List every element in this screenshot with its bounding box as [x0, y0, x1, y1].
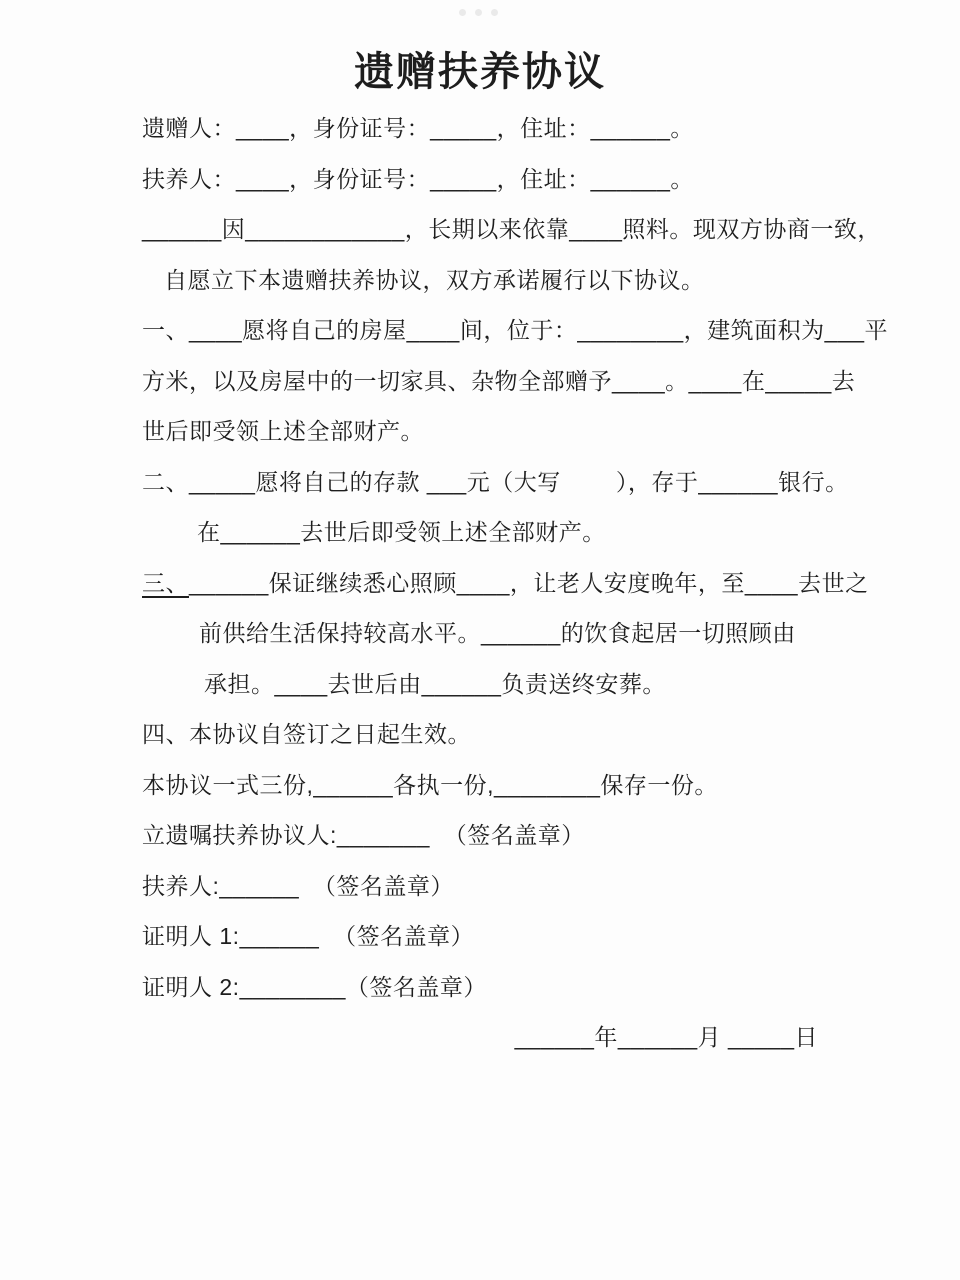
- text-run: 一、____愿将自己的房屋____间，位于：________，建筑面积为___平: [142, 317, 888, 343]
- text-run: 证明人 1:______ （签名盖章）: [142, 923, 474, 949]
- text-run: 扶养人:______ （签名盖章）: [142, 873, 454, 899]
- text-run: 二、_____愿将自己的存款 ___元（大写 ），存于______银行。: [142, 469, 849, 495]
- document-line: 前供给生活保持较高水平。______的饮食起居一切照顾由: [142, 608, 818, 659]
- text-run: 遗赠人：____，身份证号：_____，住址：______。: [142, 115, 694, 141]
- text-run: 四、本协议自签订之日起生效。: [142, 721, 471, 747]
- text-run: 方米，以及房屋中的一切家具、杂物全部赠予____。____在_____去: [142, 368, 855, 394]
- document-line: ______年______月 _____日: [142, 1012, 818, 1063]
- document-line: 二、_____愿将自己的存款 ___元（大写 ），存于______银行。: [142, 457, 818, 508]
- dot-icon: [491, 9, 498, 16]
- text-run: ______年______月 _____日: [515, 1024, 818, 1050]
- document-body: 遗赠人：____，身份证号：_____，住址：______。扶养人：____，身…: [0, 100, 960, 1063]
- text-run: 前供给生活保持较高水平。______的饮食起居一切照顾由: [199, 620, 796, 646]
- document-line: ______因____________，长期以来依靠____照料。现双方协商一致…: [142, 204, 818, 255]
- document-line: 扶养人:______ （签名盖章）: [142, 861, 818, 912]
- text-run: 承担。____去世后由______负责送终安葬。: [204, 671, 666, 697]
- dot-icon: [459, 9, 466, 16]
- document-line: 在______去世后即受领上述全部财产。: [142, 507, 818, 558]
- document-line: 方米，以及房屋中的一切家具、杂物全部赠予____。____在_____去: [142, 356, 818, 407]
- text-run: ______保证继续悉心照顾____，让老人安度晚年，至____去世之: [189, 570, 869, 596]
- text-run: 世后即受领上述全部财产。: [142, 418, 424, 444]
- document-line: 一、____愿将自己的房屋____间，位于：________，建筑面积为___平: [142, 305, 818, 356]
- top-dots-decoration: [459, 9, 498, 16]
- document-line: 自愿立下本遗赠扶养协议，双方承诺履行以下协议。: [142, 255, 818, 306]
- document-line: 三、______保证继续悉心照顾____，让老人安度晚年，至____去世之: [142, 558, 818, 609]
- text-run: 本协议一式三份,______各执一份,________保存一份。: [142, 772, 718, 798]
- document-page: 遗赠扶养协议 遗赠人：____，身份证号：_____，住址：______。扶养人…: [0, 0, 960, 1280]
- text-run: ______因____________，长期以来依靠____照料。现双方协商一致…: [142, 216, 881, 242]
- dot-icon: [475, 9, 482, 16]
- text-run: 自愿立下本遗赠扶养协议，双方承诺履行以下协议。: [164, 267, 705, 293]
- document-line: 证明人 2:________（签名盖章）: [142, 962, 818, 1013]
- document-line: 承担。____去世后由______负责送终安葬。: [142, 659, 818, 710]
- document-line: 世后即受领上述全部财产。: [142, 406, 818, 457]
- text-run: 立遗嘱扶养协议人:_______ （签名盖章）: [142, 822, 585, 848]
- text-run: 扶养人：____，身份证号：_____，住址：______。: [142, 166, 694, 192]
- document-line: 四、本协议自签订之日起生效。: [142, 709, 818, 760]
- document-line: 本协议一式三份,______各执一份,________保存一份。: [142, 760, 818, 811]
- document-line: 遗赠人：____，身份证号：_____，住址：______。: [142, 103, 818, 154]
- document-line: 立遗嘱扶养协议人:_______ （签名盖章）: [142, 810, 818, 861]
- text-run: 在______去世后即受领上述全部财产。: [197, 519, 606, 545]
- underlined-text-run: 三、: [142, 570, 189, 596]
- document-line: 扶养人：____，身份证号：_____，住址：______。: [142, 154, 818, 205]
- text-run: 证明人 2:________（签名盖章）: [142, 974, 487, 1000]
- document-line: 证明人 1:______ （签名盖章）: [142, 911, 818, 962]
